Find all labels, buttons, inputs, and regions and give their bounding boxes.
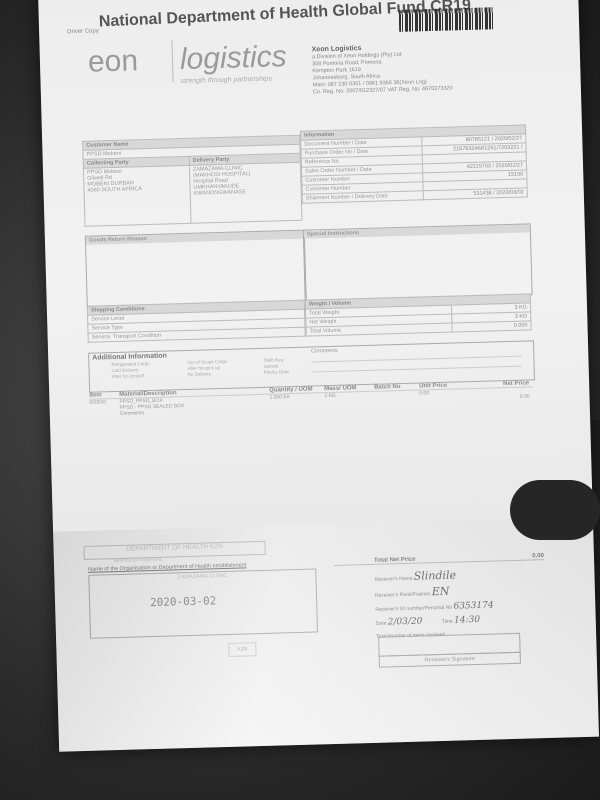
stamp-line: ZAMAZAMA CLINIC bbox=[89, 569, 315, 582]
receiver-details: Receiver's Name Slindile Receiver's Rank… bbox=[374, 568, 494, 644]
delivery-party-address: ZAMAZAMA CLINIC (MAKHOSI HOSPITAL) Hospi… bbox=[189, 162, 302, 223]
organisation-label: Name of the Organisation or Department o… bbox=[88, 562, 246, 572]
item-unit-price: 0.00 bbox=[419, 389, 474, 409]
logo-eon: eon bbox=[88, 44, 139, 79]
collecting-party-address: PPSD Mobeni Oilwell Rd MOBENI DURBAN 406… bbox=[83, 165, 191, 226]
receiver-id-label: Receiver's ID number/Personal No bbox=[375, 605, 452, 613]
option-checkbox: After hrs dropoff bbox=[112, 372, 182, 379]
barcode bbox=[399, 7, 495, 32]
item-net-price: 0.00 bbox=[474, 387, 529, 407]
receiver-name-label: Receiver's Name bbox=[374, 576, 412, 583]
receiver-rank-label: Receiver's Rank/Position bbox=[375, 591, 431, 599]
time-value: 14:30 bbox=[454, 615, 480, 626]
goods-return-label: Goods Return Reason bbox=[86, 231, 304, 245]
item-quantity: 1.000 EA bbox=[269, 393, 324, 413]
stamp-header: DEPARTMENT OF HEALTH KZN bbox=[83, 541, 265, 560]
total-net-price-label: Total Net Price bbox=[334, 557, 416, 565]
comments-line bbox=[312, 366, 522, 373]
tagline: strength through partnerships bbox=[180, 76, 272, 86]
delivery-note: Driver Copy National Department of Healt… bbox=[38, 0, 599, 752]
thumb bbox=[510, 480, 600, 540]
company-name: Xeon Logistics bbox=[312, 45, 362, 53]
logo-divider bbox=[171, 40, 173, 82]
receiver-id-value: 6353174 bbox=[453, 601, 493, 612]
item-batch bbox=[374, 391, 419, 410]
date-value: 2/03/20 bbox=[388, 617, 423, 628]
company-address: Xeon Logistics a Division of Xeon Holdin… bbox=[312, 42, 453, 96]
option-checkbox: No Delivery bbox=[188, 370, 258, 377]
receiver-signature-box: Receiver's Signature bbox=[379, 652, 521, 668]
stamp-date: 2020-03-02 bbox=[150, 594, 217, 609]
date-label: Date bbox=[376, 621, 387, 627]
weight-volume: Weight / Volume Total Weight3 KG Net Wei… bbox=[305, 293, 532, 336]
comments-label: Comments bbox=[311, 348, 338, 355]
receiver-name-value: Slindile bbox=[414, 569, 457, 583]
info-label: Shipment Number / Delivery Date bbox=[302, 191, 423, 203]
logo-logistics: logistics bbox=[179, 40, 287, 77]
address-line: a Division of Xeon Holdings (Pty) Ltd bbox=[312, 52, 402, 60]
total-net-price-value: 0.00 bbox=[532, 553, 544, 559]
item-mass: 3 KG bbox=[324, 392, 374, 411]
column-header: Item bbox=[89, 392, 119, 399]
stamp-subheader: MAKHOSI HOSPITAL bbox=[114, 557, 163, 564]
information-block: Information Document Number / Date807851… bbox=[300, 124, 528, 203]
stamp-box: ZAMAZAMA CLINIC 2020-03-02 bbox=[88, 568, 318, 638]
goods-return-box: Goods Return Reason bbox=[85, 230, 307, 308]
info-value: 531438 / 2020/03/02 bbox=[423, 188, 527, 200]
item-number: 000010 bbox=[89, 399, 119, 418]
time-label: Time bbox=[442, 619, 453, 625]
customer-block: Customer Name PPSD Mobeni Collecting Par… bbox=[82, 135, 302, 227]
total-net-price-row: Total Net Price 0.00 bbox=[334, 553, 544, 566]
shipping-conditions: Shipping Conditions Service Level Servic… bbox=[87, 300, 306, 343]
receiver-rank-value: EN bbox=[432, 585, 450, 598]
stamp-code: KZN bbox=[228, 642, 256, 657]
items-received-box bbox=[378, 633, 521, 657]
copy-label: Driver Copy bbox=[67, 28, 99, 35]
address-line: 308 Pomona Road, Pomona bbox=[312, 59, 382, 67]
item-description: PPSD_PPSD_BOX PPSD - PPSD SEALED BOX Com… bbox=[119, 395, 269, 417]
special-instructions-box: Special Instructions bbox=[303, 223, 533, 301]
items-received-label: Total Number of items received bbox=[376, 628, 495, 644]
special-instructions-label: Special Instructions bbox=[304, 224, 530, 238]
comments-line bbox=[311, 356, 521, 363]
weight-value: 0.000 bbox=[452, 321, 531, 332]
